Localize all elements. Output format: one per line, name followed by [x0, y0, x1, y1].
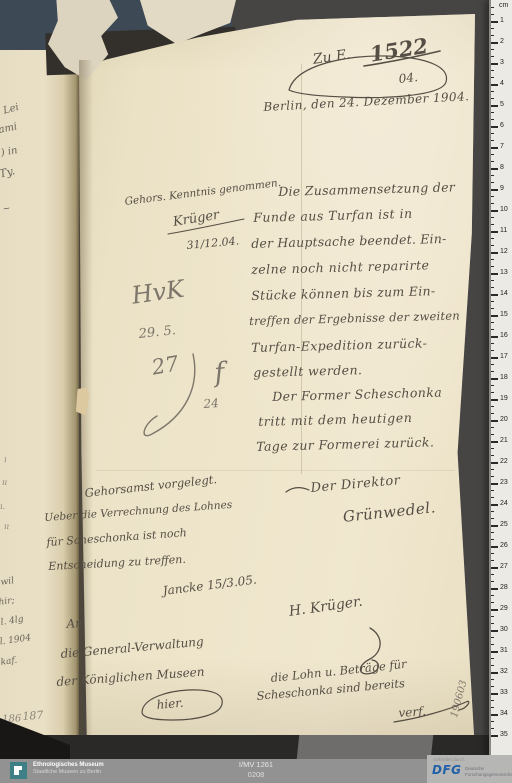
handwriting-line: die General-Verwaltung	[60, 634, 204, 660]
ruler-tick	[491, 504, 498, 506]
ruler-tick	[491, 427, 494, 428]
ruler-number: 27	[500, 563, 508, 570]
ruler-tick	[491, 189, 498, 191]
ruler-tick	[491, 91, 494, 92]
ruler-tick	[491, 616, 494, 617]
ruler-tick	[491, 357, 498, 359]
ruler-tick	[491, 497, 494, 498]
ruler-tick	[491, 588, 498, 590]
ruler-number: 22	[500, 458, 508, 465]
ruler-tick	[491, 343, 494, 344]
ruler-tick	[491, 140, 494, 141]
ruler-number: 1	[500, 17, 504, 24]
handwriting-line: 190603	[449, 679, 470, 719]
ruler-tick	[491, 70, 494, 71]
ruler-tick	[491, 7, 494, 8]
ruler-tick	[491, 371, 494, 372]
handwriting-line: der Hauptsache beendet. Ein-	[251, 231, 447, 251]
shelfmark-block: I/MV 1261 0208	[196, 761, 316, 778]
handwriting-line: Krüger	[172, 208, 220, 230]
handwriting-line: treffen der Ergebnisse der zweiten	[249, 308, 460, 328]
ruler-number: 3	[500, 59, 504, 66]
ruler-tick	[491, 238, 494, 239]
ruler-tick	[491, 196, 494, 197]
ruler-tick	[491, 420, 498, 422]
ruler-tick	[491, 630, 498, 632]
ruler-number: 29	[500, 605, 508, 612]
ruler-tick	[491, 14, 494, 15]
handwriting-line: verf.	[398, 704, 426, 720]
ruler-number: 30	[500, 626, 508, 633]
ruler-number: 25	[500, 521, 508, 528]
handwriting-line: Berlin, den 24. Dezember 1904.	[263, 89, 470, 114]
ruler-tick	[491, 168, 498, 170]
ruler-tick	[491, 161, 494, 162]
ruler-tick	[491, 273, 498, 275]
ruler-number: 2	[500, 38, 504, 45]
ruler-tick	[491, 21, 498, 23]
ruler-tick	[491, 721, 494, 722]
ruler-tick	[491, 35, 494, 36]
ruler-number: 15	[500, 311, 508, 318]
museum-subtitle: Staatliche Museen zu Berlin	[33, 770, 104, 776]
ruler-tick	[491, 42, 498, 44]
ruler-tick	[491, 553, 494, 554]
ruler-tick	[491, 434, 494, 435]
ruler-tick	[491, 252, 498, 254]
handwriting-line: der Königlichen Museen	[56, 665, 205, 689]
ruler-tick	[491, 294, 498, 296]
dfg-full-name: Deutsche Forschungsgemeinschaft	[465, 766, 512, 777]
ruler-tick	[491, 147, 498, 149]
ruler-tick	[491, 413, 494, 414]
ruler-tick	[491, 126, 498, 128]
handwriting-line: zelne noch nicht reparirte	[251, 257, 430, 277]
ruler-number: 16	[500, 332, 508, 339]
ruler-tick	[491, 392, 494, 393]
handwriting-line: Grünwedel.	[342, 498, 437, 526]
handwriting-line: Die Zusammensetzung der	[278, 179, 455, 199]
ruler-number: 33	[500, 689, 508, 696]
ruler-tick	[491, 280, 494, 281]
ruler-tick	[491, 406, 494, 407]
ruler-tick	[491, 665, 494, 666]
ruler-tick	[491, 154, 494, 155]
ruler-tick	[491, 518, 494, 519]
ruler-tick	[491, 322, 494, 323]
handwriting-line: Ueber die Verrechnung des Lohnes	[44, 499, 233, 524]
museum-name: Ethnologisches Museum	[33, 762, 104, 768]
ruler-tick	[491, 259, 494, 260]
ruler-number: 23	[500, 479, 508, 486]
ruler-tick	[491, 637, 494, 638]
ruler-tick	[491, 609, 498, 611]
ruler-tick	[491, 714, 498, 716]
ruler-number: 4	[500, 80, 504, 87]
handwriting-line: 31/12.04.	[186, 234, 240, 252]
ruler-tick	[491, 532, 494, 533]
ruler-tick	[491, 455, 494, 456]
ruler-tick	[491, 574, 494, 575]
ruler-unit-label: cm	[499, 2, 508, 9]
dfg-name-line2: Forschungsgemeinschaft	[465, 772, 512, 778]
ruler-tick	[491, 679, 494, 680]
dfg-logo: DFG	[432, 763, 462, 777]
handwriting-line: Zu E.	[312, 47, 352, 68]
ruler-tick	[491, 602, 494, 603]
ruler-tick	[491, 28, 494, 29]
ruler-tick	[491, 441, 498, 443]
ruler-tick	[491, 63, 498, 65]
ruler-number: 5	[500, 101, 504, 108]
ruler-tick	[491, 693, 498, 695]
ruler-tick	[491, 378, 498, 380]
ruler-tick	[491, 175, 494, 176]
ruler-number: 34	[500, 710, 508, 717]
ruler-tick	[491, 329, 494, 330]
ruler-tick	[491, 49, 494, 50]
museum-logo-icon	[10, 762, 27, 779]
museum-identity: Ethnologisches Museum Staatliche Museen …	[33, 762, 104, 776]
handwriting-line: Der Former Scheschonka	[272, 385, 442, 404]
ruler-tick	[491, 476, 494, 477]
handwriting-line: Tage zur Formerei zurück.	[256, 434, 434, 454]
handwriting-layer: Zu E.152204.Berlin, den 24. Dezember 190…	[0, 0, 512, 783]
ruler-tick	[491, 224, 494, 225]
handwriting-line: Stücke können bis zum Ein-	[251, 283, 436, 303]
ruler-tick	[491, 399, 498, 401]
ruler-number: 8	[500, 164, 504, 171]
ruler-number: 28	[500, 584, 508, 591]
ruler-tick	[491, 560, 494, 561]
ruler-number: 35	[500, 731, 508, 738]
ruler-number: 32	[500, 668, 508, 675]
ruler-tick	[491, 483, 498, 485]
ruler-tick	[491, 245, 494, 246]
ruler-tick	[491, 581, 494, 582]
ruler-number: 7	[500, 143, 504, 150]
ruler-number: 9	[500, 185, 504, 192]
ruler-number: 14	[500, 290, 508, 297]
ruler-tick	[491, 658, 494, 659]
handwriting-line: HvK	[130, 275, 186, 310]
ruler: cm 1234567891011121314151617181920212223…	[489, 0, 512, 756]
ruler-tick	[491, 511, 494, 512]
ruler-number: 31	[500, 647, 508, 654]
ruler-tick	[491, 448, 494, 449]
ruler-tick	[491, 644, 494, 645]
handwriting-line: 1522	[368, 33, 430, 67]
handwriting-line: 29. 5.	[138, 323, 177, 342]
handwriting-line: An	[66, 616, 83, 631]
funded-by-label: Gefördert durch	[433, 757, 465, 762]
handwriting-line: Gehorsamst vorgelegt.	[84, 472, 218, 500]
ruler-tick	[491, 350, 494, 351]
ruler-tick	[491, 490, 494, 491]
ruler-number: 18	[500, 374, 508, 381]
ruler-tick	[491, 623, 494, 624]
ruler-number: 12	[500, 248, 508, 255]
handwriting-line: Funde aus Turfan ist in	[253, 206, 413, 225]
handwriting-line: Der Direktor	[310, 473, 401, 496]
ruler-tick	[491, 119, 494, 120]
ruler-tick	[491, 210, 498, 212]
handwriting-line: Turfan-Expedition zurück-	[251, 335, 427, 355]
handwriting-line: gestellt werden.	[253, 362, 362, 380]
ruler-tick	[491, 231, 498, 233]
ruler-tick	[491, 462, 498, 464]
ruler-tick	[491, 308, 494, 309]
ruler-tick	[491, 266, 494, 267]
ruler-number: 11	[500, 227, 507, 234]
handwriting-line: f	[213, 357, 226, 389]
ruler-tick	[491, 287, 494, 288]
handwriting-line: für Scheschonka ist noch	[46, 526, 187, 549]
ruler-number: 19	[500, 395, 508, 402]
ruler-tick	[491, 539, 494, 540]
ruler-tick	[491, 567, 498, 569]
ruler-number: 6	[500, 122, 504, 129]
ruler-tick	[491, 315, 498, 317]
ruler-tick	[491, 56, 494, 57]
ruler-tick	[491, 84, 498, 86]
handwriting-line: H. Krüger.	[288, 594, 364, 620]
ruler-tick	[491, 112, 494, 113]
ruler-tick	[491, 728, 494, 729]
ruler-number: 21	[500, 437, 508, 444]
ruler-tick	[491, 98, 494, 99]
ruler-number: 20	[500, 416, 508, 423]
ruler-tick	[491, 469, 494, 470]
handwriting-line: 24	[203, 396, 219, 411]
ruler-number: 13	[500, 269, 508, 276]
scan-page-number: 0208	[196, 771, 316, 779]
ruler-tick	[491, 525, 498, 527]
ruler-number: 26	[500, 542, 508, 549]
dfg-funding-box: Gefördert durch DFG Deutsche Forschungsg…	[427, 755, 512, 783]
ruler-number: 24	[500, 500, 508, 507]
ruler-number: 10	[500, 206, 508, 213]
ruler-tick	[491, 364, 494, 365]
ruler-tick	[491, 651, 498, 653]
ruler-tick	[491, 672, 498, 674]
shelfmark: I/MV 1261	[196, 761, 316, 769]
ruler-tick	[491, 385, 494, 386]
ruler-tick	[491, 546, 498, 548]
handwriting-line: Gehors. Kenntnis genommen.	[124, 177, 282, 208]
handwriting-line: hier.	[156, 696, 184, 712]
ruler-tick	[491, 301, 494, 302]
handwriting-line: Jancke 15/3.05.	[162, 572, 257, 597]
ruler-tick	[491, 105, 498, 107]
archival-scan: Leifami) inTy.~ıııı.ııwilhir;l. 4lgfl. 1…	[0, 0, 512, 783]
handwriting-line: 27	[150, 351, 180, 379]
ruler-tick	[491, 133, 494, 134]
handwriting-line: tritt mit dem heutigen	[258, 410, 413, 429]
ruler-tick	[491, 686, 494, 687]
handwriting-line: Entscheidung zu treffen.	[48, 553, 186, 573]
handwriting-line: 04.	[398, 70, 418, 86]
ruler-tick	[491, 77, 494, 78]
ruler-tick	[491, 336, 498, 338]
ruler-tick	[491, 182, 494, 183]
ruler-tick	[491, 203, 494, 204]
ruler-tick	[491, 707, 494, 708]
ruler-tick	[491, 217, 494, 218]
ruler-tick	[491, 735, 498, 737]
ruler-number: 17	[500, 353, 508, 360]
ruler-tick	[491, 700, 494, 701]
ruler-tick	[491, 595, 494, 596]
